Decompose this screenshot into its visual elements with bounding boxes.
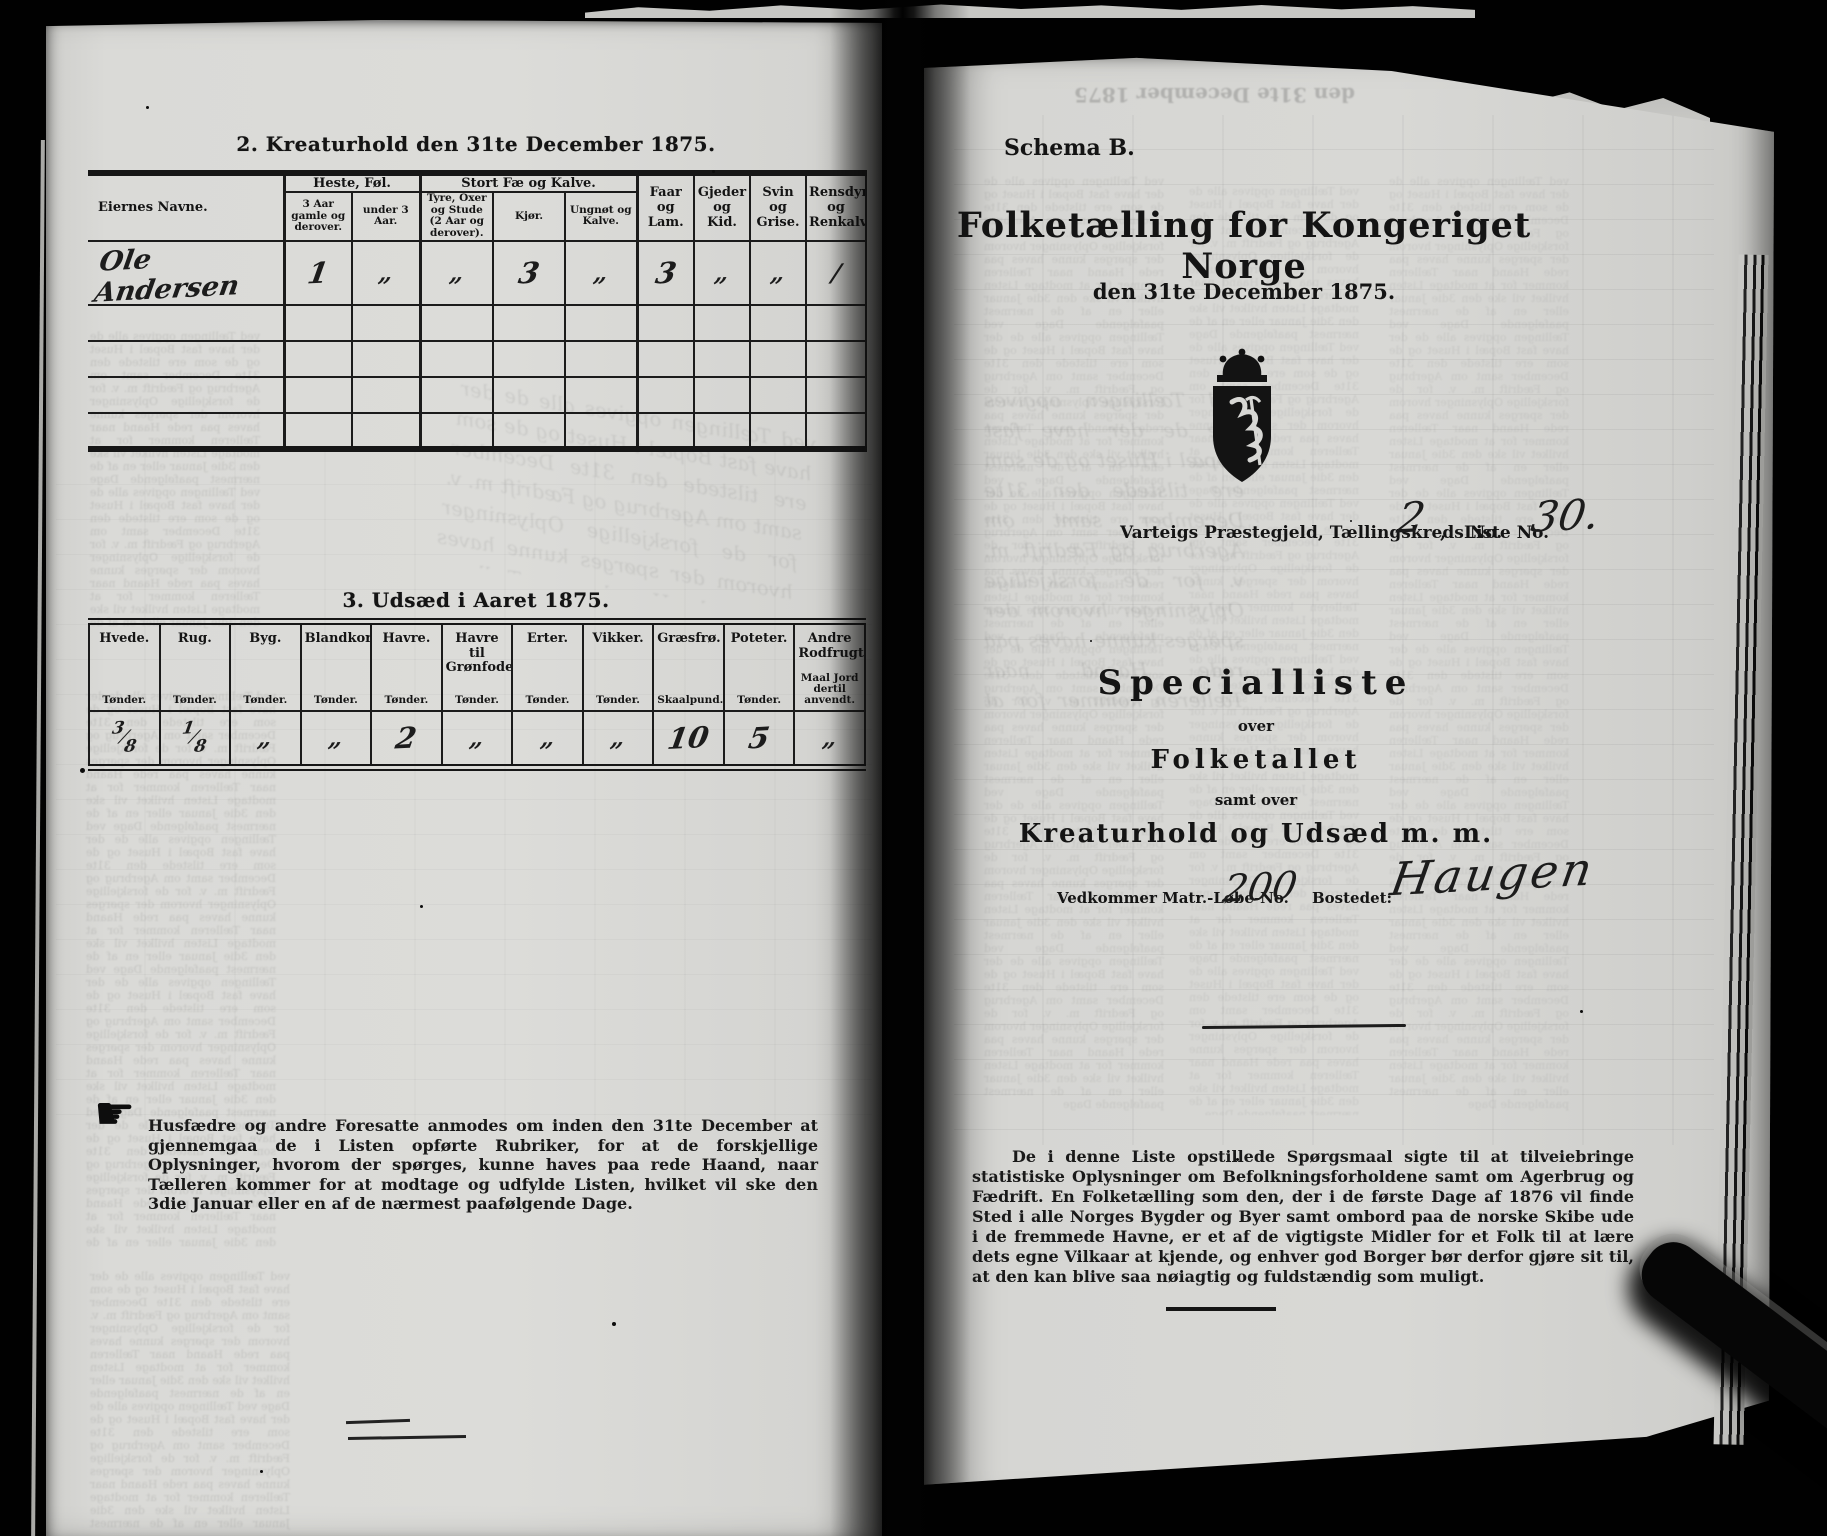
handwritten-rule [1202,1024,1406,1029]
column-header-reindeer: Rensdyr og Renkalve. [806,173,866,241]
empty-cell [88,377,284,413]
handwritten-value: „ [820,723,839,753]
table-head: Hvede.Tønder.Rug.Tønder.Byg.Tønder.Bland… [89,622,865,712]
seed-column-name: Vikker. [587,632,650,647]
column-header-owner: Eiernes Navne. [88,173,284,241]
seed-column-name: Havre. [375,632,438,647]
ink-speck [712,170,715,173]
handwritten-fraction: 1⁄8 [179,723,211,753]
empty-cell [420,305,493,341]
bosted-label: Bostedet: [1312,889,1392,907]
value-row: 3⁄81⁄8„„2„„„105„ [89,711,865,767]
liste-number: 30. [1528,489,1603,541]
empty-cell [493,413,565,449]
handwritten-value: 10 [665,720,711,756]
page-title: Folketælling for Kongeriget Norge [934,205,1554,287]
empty-cell [565,377,637,413]
empty-cell [88,413,284,449]
info-paragraph: De i denne Liste opstillede Spørgsmaal s… [972,1147,1634,1287]
seed-column-header: Havre til Grønfoder.Tønder. [442,622,513,712]
empty-cell [352,341,420,377]
seed-column-unit: Tønder. [164,695,227,706]
seed-column-header: Græsfrø.Skaalpund. [653,622,724,712]
seed-column-header: Byg.Tønder. [230,622,301,712]
heading-folketallet: Folketallet [956,745,1556,775]
handwritten-value: „ [447,258,466,288]
column-header-sheep: Faar og Lam. [637,173,694,241]
seed-column-unit: Tønder. [93,695,156,706]
owner-name-cell: Ole Andersen [88,241,284,305]
ink-speck [1236,1158,1239,1161]
value-cell: ∕ [806,241,866,305]
empty-cell [493,377,565,413]
page-subtitle: den 31te December 1875. [934,279,1554,304]
seed-value-cell: „ [230,711,301,767]
column-header-cattle: Stort Fæ og Kalve. [420,173,637,192]
seed-column-unit: Tønder. [234,695,297,706]
ink-speck [612,1322,616,1326]
seed-column-header: Erter.Tønder. [512,622,583,712]
empty-cell [493,341,565,377]
seed-column-name: Hvede. [93,632,156,647]
empty-row [88,377,866,413]
value-cell: „ [694,241,750,305]
seed-value-cell: „ [442,711,513,767]
seed-header-stack: Andre Rodfrugter.Maal Jord dertil anvend… [797,625,862,710]
handwritten-value: „ [256,723,275,753]
empty-cell [694,341,750,377]
value-cell: 3 [493,241,565,305]
value-cell: „ [420,241,493,305]
empty-cell [565,341,637,377]
seed-column-name: Andre Rodfrugter. [798,632,861,661]
handwritten-fraction: 3⁄8 [108,723,140,753]
table-body: 3⁄81⁄8„„2„„„105„ [89,711,865,767]
empty-cell [750,377,806,413]
subcolumn-header: 3 Aar gamle og derover. [284,192,352,240]
seed-column-header: Vikker.Tønder. [583,622,654,712]
matr-number: 200 [1220,863,1300,911]
seed-table: Hvede.Tønder.Rug.Tønder.Byg.Tønder.Bland… [88,618,866,771]
empty-cell [352,377,420,413]
handwritten-value: 3 [516,255,542,290]
seed-value-cell: 2 [371,711,442,767]
empty-cell [637,413,694,449]
column-header-goats: Gjeder og Kid. [694,173,750,241]
bleedthrough-grid [56,450,872,1130]
empty-cell [420,413,493,449]
empty-cell [750,305,806,341]
seed-column-unit: Skaalpund. [657,695,720,706]
empty-cell [284,413,352,449]
value-cell: 1 [284,241,352,305]
empty-cell [420,377,493,413]
handwritten-value: „ [713,258,732,288]
empty-cell [88,305,284,341]
seed-header-stack: Rug.Tønder. [163,625,228,710]
seed-column-unit: Tønder. [375,695,438,706]
subcolumn-header: under 3 Aar. [352,192,420,240]
seed-column-unit: Tønder. [587,695,650,706]
bleedthrough-text: ved Tællingen opgives alle de der have f… [1189,185,1359,1115]
table-head: Eiernes Navne.Heste, Føl.Stort Fæ og Kal… [88,173,866,241]
seed-column-unit: Tønder. [728,695,791,706]
handwritten-value: 5 [746,720,772,755]
seed-value-cell: 1⁄8 [160,711,231,767]
ink-speck [1090,640,1092,642]
heading-samt-over: samt over [956,791,1556,809]
handwritten-value: ∕ [829,258,842,287]
page-edge-sliver [585,0,1475,18]
handwritten-value: „ [609,723,628,753]
empty-cell [352,305,420,341]
seed-header-stack: Byg.Tønder. [233,625,298,710]
column-header-pigs: Svin og Grise. [750,173,806,241]
seed-header-stack: Hvede.Tønder. [92,625,157,710]
empty-cell [694,377,750,413]
empty-cell [637,305,694,341]
seed-header-stack: Havre til Grønfoder.Tønder. [445,625,510,710]
seed-column-header: Rug.Tønder. [160,622,231,712]
empty-row [88,413,866,449]
seed-header-stack: Vikker.Tønder. [586,625,651,710]
livestock-table-title: 2. Kreaturhold den 31te December 1875. [106,132,846,156]
data-row: Ole Andersen1„„3„3„„∕ [88,241,866,305]
seed-value-cell: „ [583,711,654,767]
pen-scribble [348,1435,466,1440]
heading-over: over [956,717,1556,735]
empty-cell [493,305,565,341]
pen-scribble [346,1419,410,1424]
seed-column-name: Græsfrø. [657,632,720,647]
seed-column-name: Blandkorn. [305,632,368,647]
district-comma: , [1440,523,1446,543]
handwritten-value: „ [538,723,557,753]
empty-cell [750,341,806,377]
empty-cell [420,341,493,377]
empty-cell [284,377,352,413]
ink-speck [420,905,423,908]
seed-value-cell: „ [794,711,865,767]
handwritten-value: 3 [653,255,679,290]
seed-column-unit: Maal Jord dertil anvendt. [798,673,861,706]
section-rule [1166,1307,1276,1311]
footnote-text: Husfædre og andre Foresatte anmodes om i… [148,1116,818,1213]
seed-column-name: Byg. [234,632,297,647]
left-page-edge [31,140,45,1536]
handwritten-value: „ [769,258,788,288]
empty-cell [284,341,352,377]
seed-value-cell: „ [512,711,583,767]
seed-table-title: 3. Udsæd i Aaret 1875. [106,588,846,612]
handwritten-value: „ [468,723,487,753]
census-book-scan: ved Tællingen opgives alle de der have f… [0,0,1827,1536]
subcolumn-header: Tyre, Oxer og Stude (2 Aar og derover). [420,192,493,240]
seed-column-unit: Tønder. [516,695,579,706]
empty-cell [694,413,750,449]
seed-column-header: Andre Rodfrugter.Maal Jord dertil anvend… [794,622,865,712]
coat-of-arms [1202,347,1282,497]
value-cell: „ [565,241,637,305]
header-row: Eiernes Navne.Heste, Føl.Stort Fæ og Kal… [88,173,866,192]
handwritten-value: „ [591,258,610,288]
subcolumn-header: Ungnøt og Kalve. [565,192,637,240]
handwritten-value: 1 [305,255,331,290]
handwritten-value: 2 [393,720,419,755]
schema-label: Schema B. [1004,135,1135,161]
seed-column-unit: Tønder. [305,695,368,706]
bleedthrough-text: ved Tællingen opgives alle de der have f… [90,1270,290,1530]
ink-speck [80,768,85,773]
empty-cell [637,341,694,377]
table-body: Ole Andersen1„„3„3„„∕ [88,241,866,449]
empty-cell [565,413,637,449]
empty-cell [88,341,284,377]
ink-speck [146,106,149,109]
seed-value-cell: 10 [653,711,724,767]
empty-cell [352,413,420,449]
bleedthrough-text: ved Tællingen opgives alle de der have f… [1389,175,1569,1125]
empty-row [88,305,866,341]
seed-column-header: Hvede.Tønder. [89,622,160,712]
seed-header-stack: Blandkorn.Tønder. [304,625,369,710]
heading-kreaturhold: Kreaturhold og Udsæd m. m. [956,819,1556,849]
seed-value-cell: 3⁄8 [89,711,160,767]
instruction-footnote: ☛ Husfædre og andre Foresatte anmodes om… [148,1116,818,1214]
column-header-horses: Heste, Føl. [284,173,420,192]
livestock-table: Eiernes Navne.Heste, Føl.Stort Fæ og Kal… [88,170,867,452]
empty-cell [806,305,866,341]
empty-cell [284,305,352,341]
manicule-icon: ☛ [94,1104,135,1124]
bosted-name: Haugen [1387,842,1599,906]
empty-cell [750,413,806,449]
handwritten-value: „ [327,723,346,753]
seed-value-cell: 5 [724,711,795,767]
header-row: Hvede.Tønder.Rug.Tønder.Byg.Tønder.Bland… [89,622,865,712]
ink-speck [1350,520,1352,522]
empty-cell [694,305,750,341]
subcolumn-header: Kjør. [493,192,565,240]
seed-column-name: Rug. [164,632,227,647]
empty-cell [565,305,637,341]
heading-specialliste: Specialliste [956,663,1556,703]
ink-speck [260,1470,263,1473]
empty-cell [806,413,866,449]
seed-column-name: Havre til Grønfoder. [446,632,509,676]
empty-cell [806,341,866,377]
seed-column-header: Blandkorn.Tønder. [301,622,372,712]
seed-column-name: Poteter. [728,632,791,647]
bleedthrough-text: ved Tællingen opgives alle de der have f… [984,175,1164,1125]
handwritten-value: „ [376,258,395,288]
seed-column-name: Erter. [516,632,579,647]
value-cell: 3 [637,241,694,305]
empty-row [88,341,866,377]
ink-speck [1580,1010,1583,1013]
seed-header-stack: Græsfrø.Skaalpund. [656,625,721,710]
bleedthrough-headline: den 31te December 1875 [1074,83,1355,107]
seed-header-stack: Havre.Tønder. [374,625,439,710]
seed-column-header: Poteter.Tønder. [724,622,795,712]
seed-value-cell: „ [301,711,372,767]
seed-column-header: Havre.Tønder. [371,622,442,712]
handwritten-owner-name: Ole Andersen [92,241,284,305]
empty-cell [637,377,694,413]
seed-header-stack: Erter.Tønder. [515,625,580,710]
seed-column-unit: Tønder. [446,695,509,706]
value-cell: „ [750,241,806,305]
left-page: ved Tællingen opgives alle de der have f… [46,20,882,1536]
empty-cell [806,377,866,413]
value-cell: „ [352,241,420,305]
seed-header-stack: Poteter.Tønder. [727,625,792,710]
